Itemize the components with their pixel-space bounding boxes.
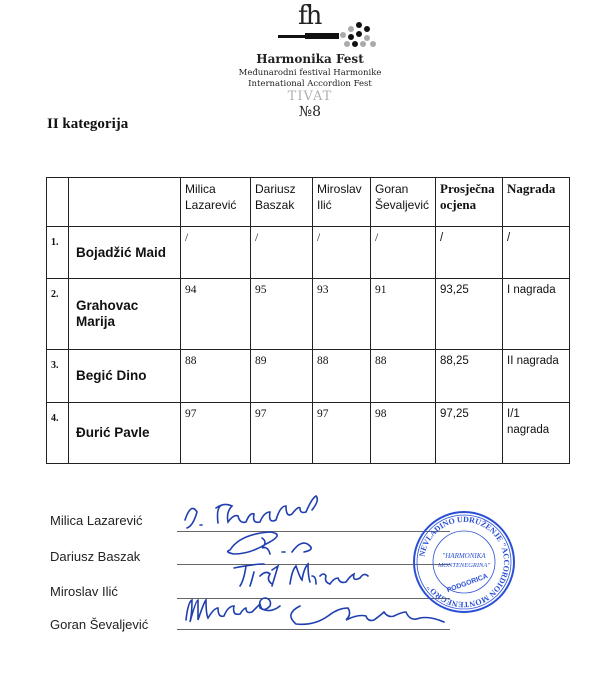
official-stamp: NEVLADINO UDRUŽENJE "ACCORDION MONTENEGR… bbox=[412, 510, 516, 614]
stamp-inner-line-2: MONTENEGRINA" bbox=[437, 562, 490, 569]
stamp-inner-line-1: "HARMONIKA bbox=[442, 552, 486, 560]
stamp-city: PODGORICA bbox=[446, 573, 489, 594]
